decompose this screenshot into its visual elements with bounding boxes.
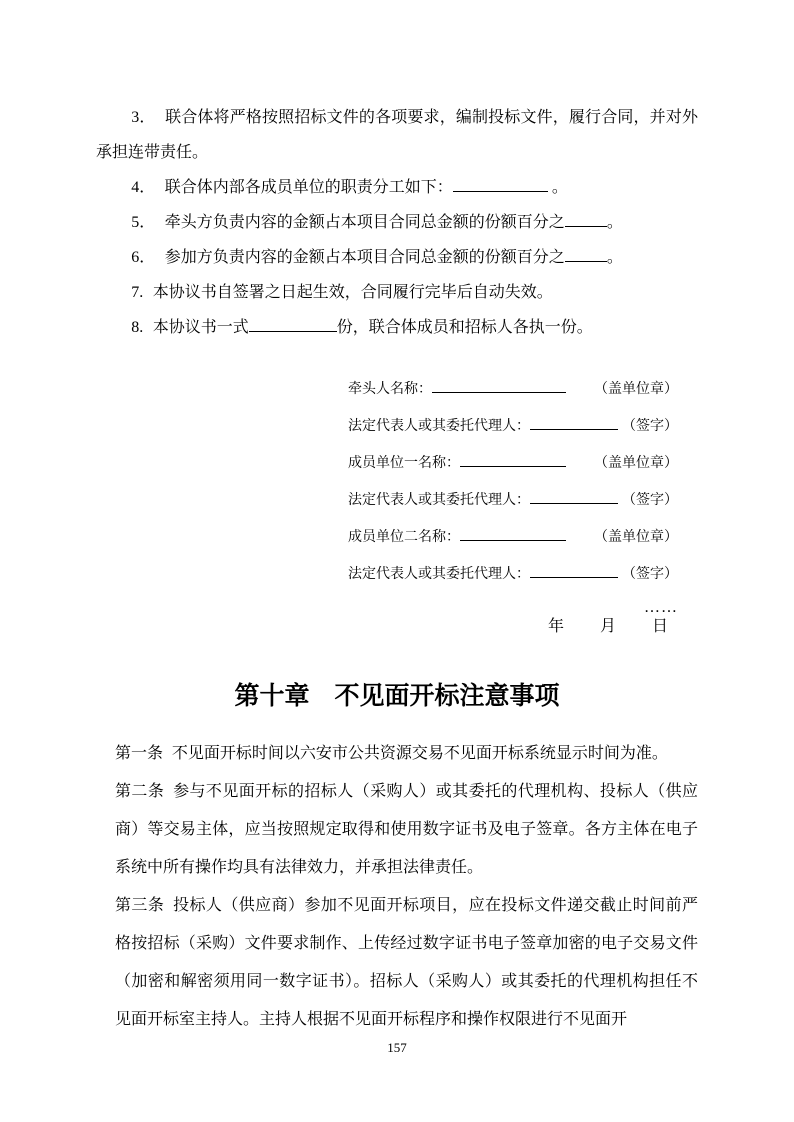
- clause-item: 4．联合体内部各成员单位的职责分工如下： 。: [96, 170, 698, 205]
- signature-blank-line: [460, 525, 566, 541]
- signature-row: 成员单位二名称： （盖单位章）: [348, 525, 678, 562]
- signature-blank-line: [530, 414, 618, 430]
- clause-number: 5．: [131, 214, 155, 231]
- month-label: 月: [600, 615, 616, 639]
- article-text: 参与不见面开标的招标人（采购人）或其委托的代理机构、投标人（供应商）等交易主体，…: [115, 783, 698, 876]
- clause-item: 6．参加方负责内容的金额占本项目合同总金额的份额百分之。: [96, 240, 698, 275]
- signature-row: 法定代表人或其委托代理人： （签字）: [348, 488, 678, 525]
- signature-row: 法定代表人或其委托代理人： （签字）: [348, 562, 678, 599]
- chapter-title: 第十章 不见面开标注意事项: [96, 683, 698, 711]
- sign-note: （签字）: [622, 415, 678, 435]
- signature-row: 牵头人名称： （盖单位章）: [348, 377, 678, 414]
- article-paragraph: 第二条参与不见面开标的招标人（采购人）或其委托的代理机构、投标人（供应商）等交易…: [115, 773, 698, 887]
- date-line: 年 月 日: [348, 615, 678, 639]
- notice-articles: 第一条不见面开标时间以六安市公共资源交易不见面开标系统显示时间为准。 第二条参与…: [115, 735, 698, 1039]
- fill-in-blank: [249, 316, 337, 332]
- day-label: 日: [652, 615, 668, 639]
- clause-text: 联合体将严格按照招标文件的各项要求，编制投标文件，履行合同，并对外承担连带责任。: [96, 109, 698, 161]
- signature-label: 成员单位二名称：: [348, 530, 460, 545]
- signature-blank-line: [460, 451, 566, 467]
- article-paragraph: 第一条不见面开标时间以六安市公共资源交易不见面开标系统显示时间为准。: [115, 735, 698, 773]
- clause-text-after: 份，联合体成员和招标人各执一份。: [337, 319, 593, 336]
- signature-label: 牵头人名称：: [348, 382, 432, 397]
- clause-item: 7.本协议书自签署之日起生效，合同履行完毕后自动失效。: [96, 275, 698, 310]
- signature-row: 成员单位一名称： （盖单位章）: [348, 451, 678, 488]
- clause-item: 5．牵头方负责内容的金额占本项目合同总金额的份额百分之。: [96, 205, 698, 240]
- article-text: 投标人（供应商）参加不见面开标项目，应在投标文件递交截止时间前严格按招标（采购）…: [115, 897, 698, 1028]
- clause-item: 8.本协议书一式份，联合体成员和招标人各执一份。: [96, 310, 698, 345]
- signature-label: 法定代表人或其委托代理人：: [348, 419, 530, 434]
- signature-blank-line: [530, 562, 618, 578]
- joint-venture-clauses: 3．联合体将严格按照招标文件的各项要求，编制投标文件，履行合同，并对外承担连带责…: [96, 100, 698, 345]
- clause-item: 3．联合体将严格按照招标文件的各项要求，编制投标文件，履行合同，并对外承担连带责…: [96, 100, 698, 170]
- clause-text: 牵头方负责内容的金额占本项目合同总金额的份额百分之: [165, 214, 565, 231]
- signature-row: 法定代表人或其委托代理人： （签字）: [348, 414, 678, 451]
- clause-number: 3．: [131, 109, 155, 126]
- sign-note: （签字）: [622, 563, 678, 583]
- article-paragraph: 第三条投标人（供应商）参加不见面开标项目，应在投标文件递交截止时间前严格按招标（…: [115, 887, 698, 1039]
- sign-note: （签字）: [622, 489, 678, 509]
- signature-blank-line: [530, 488, 618, 504]
- clause-text-after: 。: [607, 249, 623, 266]
- clause-text: 联合体内部各成员单位的职责分工如下：: [165, 179, 453, 196]
- article-number: 第二条: [115, 783, 164, 800]
- clause-text: 参加方负责内容的金额占本项目合同总金额的份额百分之: [165, 249, 565, 266]
- clause-text-after: 。: [607, 214, 623, 231]
- article-number: 第一条: [115, 745, 163, 762]
- signature-label: 成员单位一名称：: [348, 456, 460, 471]
- page-number: 157: [0, 1040, 794, 1056]
- clause-text: 本协议书一式: [153, 319, 249, 336]
- fill-in-blank: [565, 246, 607, 262]
- clause-text-after: 。: [548, 179, 568, 196]
- signature-label: 法定代表人或其委托代理人：: [348, 567, 530, 582]
- clause-number: 7.: [131, 284, 143, 301]
- signature-block: 牵头人名称： （盖单位章） 法定代表人或其委托代理人： （签字） 成员单位一名称…: [348, 377, 678, 639]
- year-label: 年: [548, 615, 564, 639]
- clause-number: 4．: [131, 179, 155, 196]
- article-text: 不见面开标时间以六安市公共资源交易不见面开标系统显示时间为准。: [172, 745, 668, 762]
- stamp-note: （盖单位章）: [594, 378, 678, 398]
- clause-text: 本协议书自签署之日起生效，合同履行完毕后自动失效。: [153, 284, 553, 301]
- page-content: 3．联合体将严格按照招标文件的各项要求，编制投标文件，履行合同，并对外承担连带责…: [96, 100, 698, 1039]
- stamp-note: （盖单位章）: [594, 452, 678, 472]
- signature-label: 法定代表人或其委托代理人：: [348, 493, 530, 508]
- clause-number: 8.: [131, 319, 143, 336]
- clause-number: 6．: [131, 249, 155, 266]
- ellipsis-dots: ……: [348, 601, 678, 615]
- fill-in-blank: [565, 211, 607, 227]
- signature-blank-line: [432, 377, 566, 393]
- article-number: 第三条: [115, 897, 164, 914]
- fill-in-blank: [453, 176, 548, 192]
- document-page: 3．联合体将严格按照招标文件的各项要求，编制投标文件，履行合同，并对外承担连带责…: [0, 0, 794, 1122]
- stamp-note: （盖单位章）: [594, 526, 678, 546]
